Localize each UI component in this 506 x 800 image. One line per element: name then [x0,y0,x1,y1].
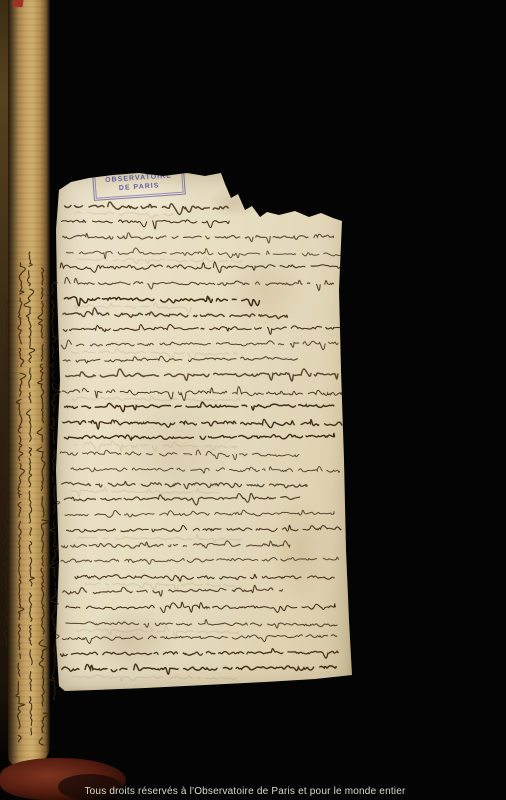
scan-background: OBSERVATOIRE DE PARIS Tous droits réserv… [0,0,506,800]
margin-handwriting-ink [0,248,64,752]
handwriting-ink [55,170,353,692]
red-bookmark-mark [13,0,24,7]
letter-page: OBSERVATOIRE DE PARIS [55,170,353,692]
copyright-caption: Tous droits réservés à l'Observatoire de… [0,786,498,797]
